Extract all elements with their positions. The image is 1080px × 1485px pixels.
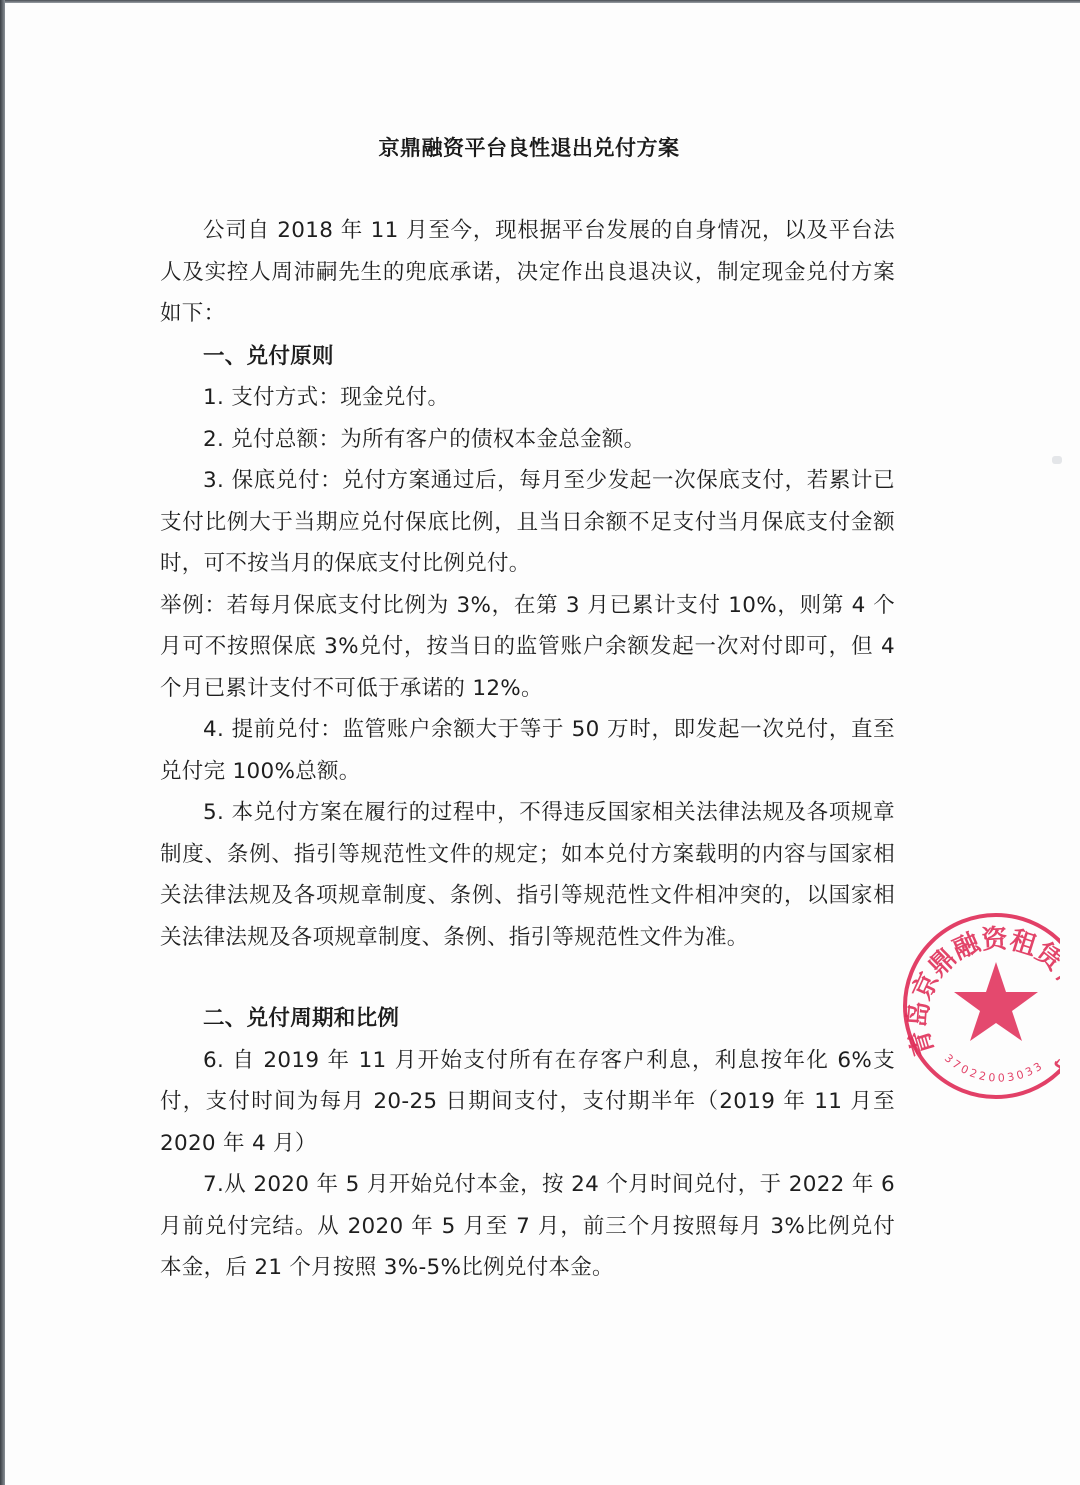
- list-item: 4. 提前兑付：监管账户余额大于等于 50 万时，即发起一次兑付，直至兑付完 1…: [160, 709, 895, 792]
- document-page: 京鼎融资平台良性退出兑付方案 公司自 2018 年 11 月至今，现根据平台发展…: [0, 0, 1080, 1485]
- section-1: 一、兑付原则: [160, 336, 895, 378]
- list-item: 3. 保底兑付：兑付方案通过后，每月至少发起一次保底支付，若累计已支付比例大于当…: [160, 460, 895, 585]
- list-item: 2. 兑付总额：为所有客户的债权本金总金额。: [160, 419, 895, 461]
- seal-serial-number: 37022003033: [942, 1052, 1047, 1085]
- document-title: 京鼎融资平台良性退出兑付方案: [0, 133, 1058, 163]
- list-item: 5. 本兑付方案在履行的过程中，不得违反国家相关法律法规及各项规章制度、条例、指…: [160, 792, 895, 958]
- intro-paragraph: 公司自 2018 年 11 月至今，现根据平台发展的自身情况，以及平台法人及实控…: [160, 210, 895, 335]
- list-item: 1. 支付方式：现金兑付。: [160, 377, 895, 419]
- list-item: 7.从 2020 年 5 月开始兑付本金，按 24 个月时间兑付，于 2022 …: [160, 1164, 895, 1289]
- example-paragraph: 举例：若每月保底支付比例为 3%，在第 3 月已累计支付 10%，则第 4 个月…: [160, 585, 895, 710]
- intro-text: 公司自 2018 年 11 月至今，现根据平台发展的自身情况，以及平台法人及实控…: [160, 210, 895, 335]
- star-icon: [954, 962, 1038, 1041]
- seal-icon: 青岛京鼎融资租赁有限公司 37022003033: [900, 910, 1080, 1102]
- company-seal-stamp: 青岛京鼎融资租赁有限公司 37022003033: [900, 910, 1080, 1102]
- list-item: 6. 自 2019 年 11 月开始支付所有在存客户利息，利息按年化 6%支付，…: [160, 1040, 895, 1165]
- section-heading: 二、兑付周期和比例: [160, 998, 895, 1040]
- section-1-items: 1. 支付方式：现金兑付。 2. 兑付总额：为所有客户的债权本金总金额。 3. …: [160, 377, 895, 958]
- svg-text:37022003033: 37022003033: [942, 1052, 1047, 1085]
- section-2: 二、兑付周期和比例 6. 自 2019 年 11 月开始支付所有在存客户利息，利…: [160, 998, 895, 1289]
- section-heading: 一、兑付原则: [160, 336, 895, 378]
